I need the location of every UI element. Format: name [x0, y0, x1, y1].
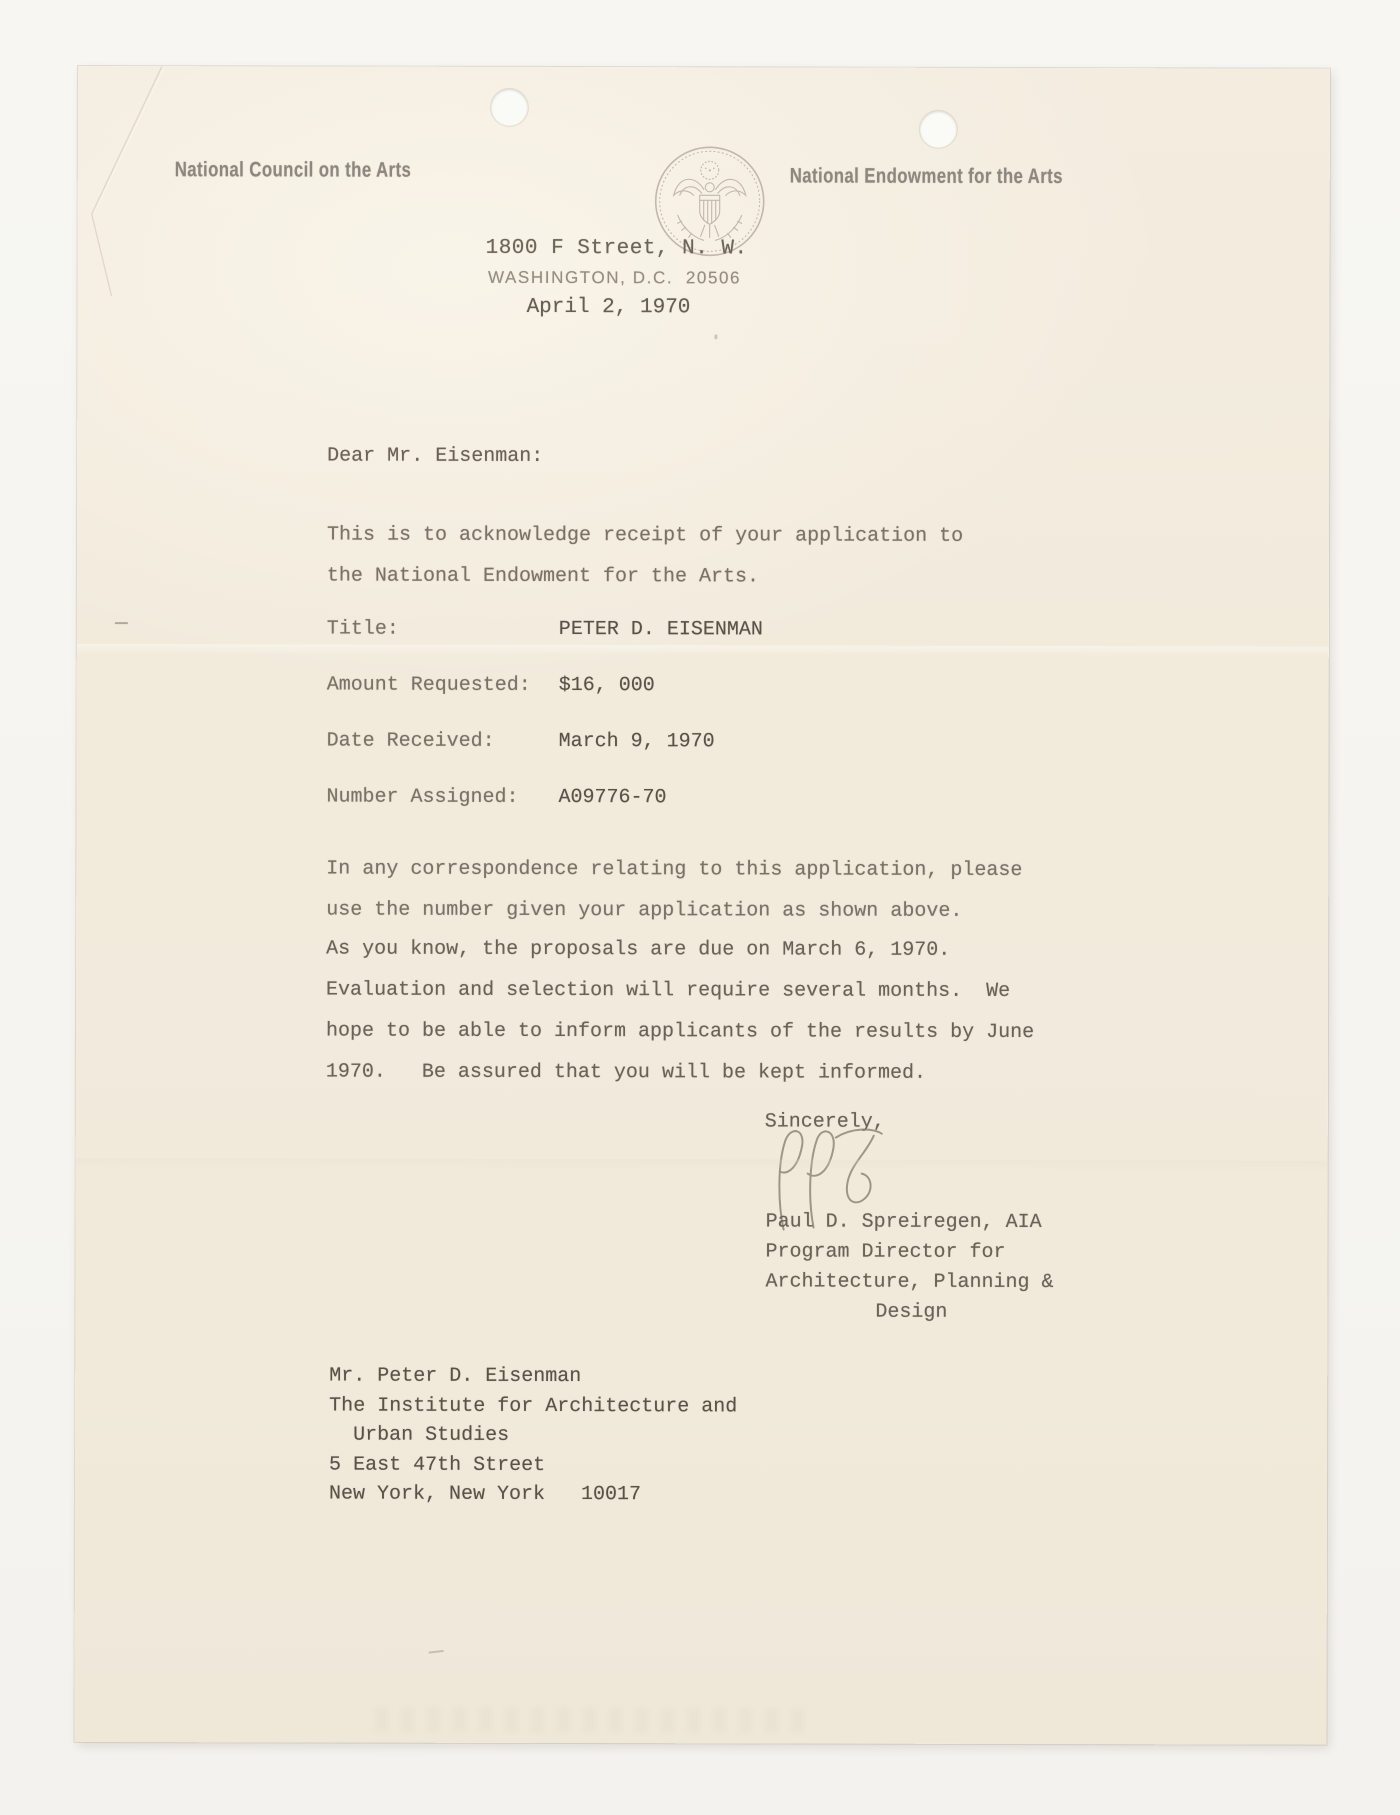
seal-eagle-head [705, 183, 714, 192]
paragraph-line: As you know, the proposals are due on Ma… [326, 929, 1034, 971]
scanned-letter-page: { "letterhead": { "left_org": "National … [0, 0, 1400, 1815]
paragraph-line: Evaluation and selection will require se… [326, 970, 1034, 1012]
signer-title: Design [765, 1297, 1053, 1328]
paper-speck [714, 334, 717, 339]
seal-shield [700, 195, 720, 224]
field-row-amount: Amount Requested: $16, 000 [327, 674, 1027, 705]
org-name-right: National Endowment for the Arts [790, 164, 1063, 189]
signer-title: Architecture, Planning & [765, 1267, 1053, 1298]
field-label: Date Received: [327, 730, 495, 753]
paragraph-line: In any correspondence relating to this a… [326, 849, 1022, 891]
recipient-street: 5 East 47th Street [329, 1450, 737, 1480]
hole-punch-right [920, 111, 957, 148]
field-label: Number Assigned: [326, 786, 518, 809]
paragraph-schedule: As you know, the proposals are due on Ma… [326, 929, 1034, 1094]
field-row-number-assigned: Number Assigned: A09776-70 [326, 786, 1026, 817]
margin-pencil-dash [115, 622, 128, 624]
paragraph-acknowledgement: This is to acknowledge receipt of your a… [327, 515, 963, 598]
paragraph-line: hope to be able to inform applicants of … [326, 1011, 1034, 1053]
corner-fold-crease [77, 66, 298, 386]
signer-name: Paul D. Spreiregen, AIA [766, 1207, 1054, 1238]
letter-date: April 2, 1970 [527, 296, 691, 319]
signer-title: Program Director for [765, 1237, 1053, 1268]
recipient-city: New York, New York 10017 [329, 1480, 737, 1510]
paragraph-line: 1970. Be assured that you will be kept i… [326, 1052, 1034, 1094]
letterhead-address-line1: 1800 F Street, N. W. [486, 237, 748, 261]
field-value: $16, 000 [559, 674, 655, 697]
signature-block: Paul D. Spreiregen, AIA Program Director… [765, 1207, 1053, 1328]
letter-paper: National Council on the Arts National En… [74, 66, 1330, 1745]
paragraph-correspondence: In any correspondence relating to this a… [326, 849, 1022, 932]
recipient-name: Mr. Peter D. Eisenman [329, 1362, 737, 1392]
pencil-smudge [429, 1650, 444, 1654]
recipient-org: The Institute for Architecture and [329, 1391, 737, 1421]
hole-punch-left [491, 89, 528, 126]
recipient-address-block: Mr. Peter D. Eisenman The Institute for … [329, 1362, 737, 1510]
seal-eagle-tail [701, 225, 719, 237]
letterhead-address-line2: WASHINGTON, D.C. 20506 [488, 268, 741, 289]
field-value: March 9, 1970 [559, 730, 715, 753]
paragraph-line: use the number given your application as… [326, 890, 1022, 932]
field-label: Amount Requested: [327, 674, 531, 697]
ink-bleed-through [375, 1707, 805, 1734]
paragraph-line: This is to acknowledge receipt of your a… [327, 515, 963, 557]
field-row-date-received: Date Received: March 9, 1970 [327, 730, 1027, 761]
salutation: Dear Mr. Eisenman: [327, 445, 543, 468]
field-value: PETER D. EISENMAN [559, 618, 763, 641]
org-name-left: National Council on the Arts [175, 158, 411, 182]
field-label: Title: [327, 618, 399, 641]
paragraph-line: the National Endowment for the Arts. [327, 556, 963, 598]
scan-streak [76, 1158, 1328, 1173]
recipient-org-line2: Urban Studies [329, 1421, 737, 1451]
field-value: A09776-70 [558, 786, 666, 809]
field-row-title: Title: PETER D. EISENMAN [327, 618, 1027, 649]
